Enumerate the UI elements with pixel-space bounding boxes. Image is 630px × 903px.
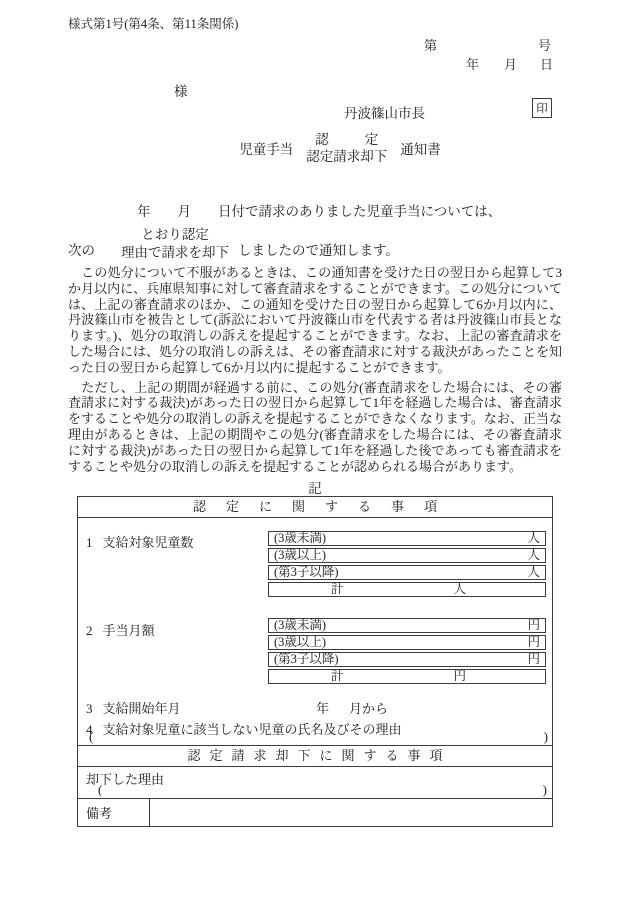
date-day-label: 日	[540, 54, 553, 73]
excluded-paren-close: )	[544, 729, 548, 745]
rejection-section-header: 認定請求却下に関する事項	[78, 746, 552, 767]
table-row: (3歳以上) 人	[268, 548, 546, 563]
form-number: 様式第1号(第4条、第11条関係)	[68, 14, 238, 32]
ki-marker: 記	[0, 477, 630, 497]
remarks-value-cell	[150, 799, 552, 826]
notify-choice-stack: とおり認定 理由で請求を却下	[116, 226, 234, 262]
date-month-label: 月	[504, 54, 517, 73]
title-right: 通知書	[400, 138, 441, 158]
notify-suffix: しましたので通知します。	[238, 239, 399, 259]
approval-section-header: 認定に関する事項	[78, 497, 552, 518]
title-left: 児童手当	[239, 138, 293, 158]
item-children-count-label: 1支給対象児童数	[86, 532, 194, 551]
start-month-month-label: 月から	[349, 698, 388, 717]
document-page: 様式第1号(第4条、第11条関係) 第 号 年 月 日 様 丹波篠山市長 印 児…	[0, 0, 630, 903]
issuer-name: 丹波篠山市長	[344, 102, 425, 122]
item-excluded-children-label: 4支給対象児童に該当しない児童の氏名及びその理由	[86, 719, 402, 738]
doc-number-prefix: 第	[424, 35, 437, 54]
deadline-paragraph: ただし、上記の期間が経過する前に、この処分(審査請求をした場合には、その審査請求…	[68, 380, 562, 475]
table-row: (第3子以降) 円	[268, 652, 546, 667]
title-choice-approval: 認 定	[306, 131, 387, 148]
seal-label: 印	[536, 100, 548, 116]
rejection-reason-cell: 却下した理由 ( )	[78, 767, 552, 799]
request-date-line: 年 月 日付で請求のありました児童手当については、	[137, 200, 501, 220]
item-monthly-amount-label: 2手当月額	[86, 620, 155, 639]
rejection-paren-close: )	[543, 782, 547, 798]
seal-box: 印	[532, 98, 552, 118]
title-choice-rejection: 認定請求却下	[306, 148, 387, 165]
item-start-month-label: 3支給開始年月	[86, 698, 181, 717]
start-month-year-label: 年	[316, 698, 329, 717]
remarks-label: 備考	[86, 803, 112, 822]
table-row: (3歳未満) 円	[268, 618, 546, 633]
legal-notice: この処分について不服があるときは、この通知書を受けた日の翌日から起算して3か月以…	[68, 265, 562, 478]
doc-number-suffix: 号	[538, 35, 551, 54]
table-row-total: 計 円	[268, 669, 546, 684]
table-row: (第3子以降) 人	[268, 565, 546, 580]
document-title: 児童手当 認 定 認定請求却下 通知書	[0, 131, 630, 165]
remarks-row: 備考	[78, 799, 552, 826]
approval-section-body: 1支給対象児童数 (3歳未満) 人 (3歳以上) 人 (第3子以降) 人 計 人	[78, 518, 552, 746]
title-choice-stack: 認 定 認定請求却下	[306, 131, 387, 165]
notify-choice-approval: とおり認定	[141, 226, 209, 244]
remarks-label-cell: 備考	[78, 799, 150, 826]
rejection-paren-open: (	[98, 782, 102, 798]
appeal-paragraph: この処分について不服があるときは、この通知書を受けた日の翌日から起算して3か月以…	[68, 265, 562, 376]
date-year-label: 年	[466, 54, 479, 73]
table-row: (3歳以上) 円	[268, 635, 546, 650]
details-table: 認定に関する事項 1支給対象児童数 (3歳未満) 人 (3歳以上) 人 (第3子…	[77, 496, 553, 827]
table-row-total: 計 人	[268, 582, 546, 597]
notify-choice-rejection: 理由で請求を却下	[121, 244, 229, 262]
excluded-paren-open: (	[89, 729, 93, 745]
table-row: (3歳未満) 人	[268, 531, 546, 546]
notify-prefix: 次の	[68, 239, 95, 259]
children-count-subtable: (3歳未満) 人 (3歳以上) 人 (第3子以降) 人 計 人	[268, 531, 546, 599]
addressee-honorific: 様	[174, 80, 188, 100]
monthly-amount-subtable: (3歳未満) 円 (3歳以上) 円 (第3子以降) 円 計 円	[268, 618, 546, 686]
